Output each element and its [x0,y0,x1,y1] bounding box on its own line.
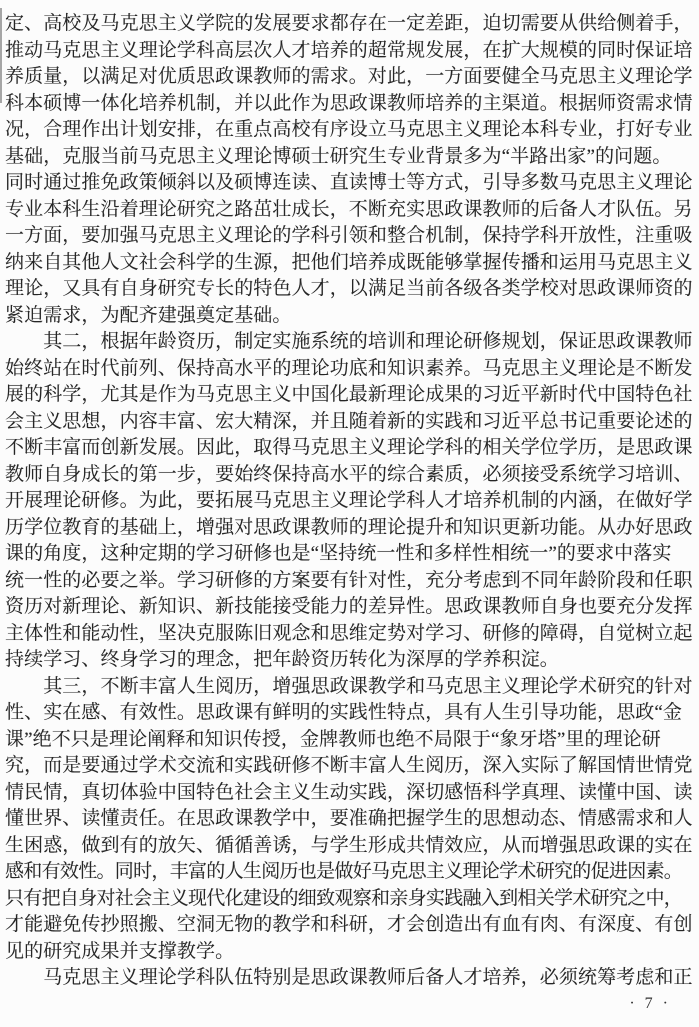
text-line: 会主义思想，内容丰富、宏大精深，并且随着新的实践和习近平总书记重要论述的 [5,409,697,436]
body-text-block: 定、高校及马克思主义学院的发展要求都存在一定差距，迫切需要从供给侧着手，推动马克… [5,11,697,992]
text-line: 基础，克服当前马克思主义理论博硕士研究生专业背景多为“半路出家”的问题。 [5,144,697,171]
text-line: 开展理论研修。为此，要拓展马克思主义理论学科人才培养机制的内涵，在做好学 [5,488,697,515]
text-line: 紧迫需求，为配齐建强奠定基础。 [5,303,697,330]
text-line: 性、实在感、有效性。思政课有鲜明的实践性特点，具有人生引导功能，思政“金 [5,700,697,727]
text-line: 只有把自身对社会主义现代化建设的细致观察和亲身实践融入到相关学术研究之中， [5,886,697,913]
text-line: 同时通过推免政策倾斜以及硕博连读、直读博士等方式，引导多数马克思主义理论 [5,170,697,197]
text-line: 理论，又具有自身研究专长的特色人才，以满足当前各级各类学校对思政课师资的 [5,276,697,303]
text-line: 感和有效性。同时，丰富的人生阅历也是做好马克思主义理论学术研究的促进因素。 [5,859,697,886]
text-line: 始终站在时代前列、保持高水平的理论功底和知识素养。马克思主义理论是不断发 [5,356,697,383]
text-line: 历学位教育的基础上，增强对思政课教师的理论提升和知识更新功能。从办好思政 [5,515,697,542]
text-line: 情民情，真切体验中国特色社会主义生动实践，深切感悟科学真理、读懂中国、读 [5,780,697,807]
text-line: 见的研究成果并支撑教学。 [5,939,697,966]
text-line: 课的角度，这种定期的学习研修也是“坚持统一性和多样性相统一”的要求中落实 [5,541,697,568]
text-line: 统一性的必要之举。学习研修的方案要有针对性，充分考虑到不同年龄阶段和任职 [5,568,697,595]
text-line: 科本硕博一体化培养机制，并以此作为思政课教师培养的主渠道。根据师资需求情 [5,91,697,118]
text-line: 生困惑，做到有的放矢、循循善诱，与学生形成共情效应，从而增强思政课的实在 [5,833,697,860]
text-line: 养质量，以满足对优质思政课教师的需求。对此，一方面要健全马克思主义理论学 [5,64,697,91]
text-line: 纳来自其他人文社会科学的生源，把他们培养成既能够掌握传播和运用马克思主义 [5,250,697,277]
document-page: 定、高校及马克思主义学院的发展要求都存在一定差距，迫切需要从供给侧着手，推动马克… [0,0,699,1027]
text-line: 定、高校及马克思主义学院的发展要求都存在一定差距，迫切需要从供给侧着手， [5,11,697,38]
text-line: 究，而是要通过学术交流和实践研修不断丰富人生阅历，深入实际了解国情世情党 [5,753,697,780]
text-line: 推动马克思主义理论学科高层次人才培养的超常规发展，在扩大规模的同时保证培 [5,38,697,65]
text-line: 不断丰富而创新发展。因此，取得马克思主义理论学科的相关学位学历，是思政课 [5,435,697,462]
text-line: 况，合理作出计划安排，在重点高校有序设立马克思主义理论本科专业，打好专业 [5,117,697,144]
page-number: · 7 · [629,995,671,1013]
scan-edge-artifact [0,8,2,103]
text-line: 持续学习、终身学习的理念，把年龄资历转化为深厚的学养积淀。 [5,647,697,674]
text-line: 展的科学，尤其是作为马克思主义中国化最新理论成果的习近平新时代中国特色社 [5,382,697,409]
text-line: 主体性和能动性，坚决克服陈旧观念和思维定势对学习、研修的障碍，自觉树立起 [5,621,697,648]
text-line: 专业本科生沿着理论研究之路茁壮成长，不断充实思政课教师的后备人才队伍。另 [5,197,697,224]
text-line: 马克思主义理论学科队伍特别是思政课教师后备人才培养，必须统筹考虑和正 [5,965,697,992]
text-line: 一方面，要加强马克思主义理论的学科引领和整合机制，保持学科开放性，注重吸 [5,223,697,250]
text-line: 其三，不断丰富人生阅历，增强思政课教学和马克思主义理论学术研究的针对 [5,674,697,701]
text-line: 教师自身成长的第一步，要始终保持高水平的综合素质，必须接受系统学习培训、 [5,462,697,489]
text-line: 资历对新理论、新知识、新技能接受能力的差异性。思政课教师自身也要充分发挥 [5,594,697,621]
text-line: 课”绝不只是理论阐释和知识传授，金牌教师也绝不局限于“象牙塔”里的理论研 [5,727,697,754]
text-line: 懂世界、读懂责任。在思政课教学中，要准确把握学生的思想动态、情感需求和人 [5,806,697,833]
text-line: 才能避免传抄照搬、空洞无物的教学和科研，才会创造出有血有肉、有深度、有创 [5,912,697,939]
text-line: 其二，根据年龄资历，制定实施系统的培训和理论研修规划，保证思政课教师 [5,329,697,356]
